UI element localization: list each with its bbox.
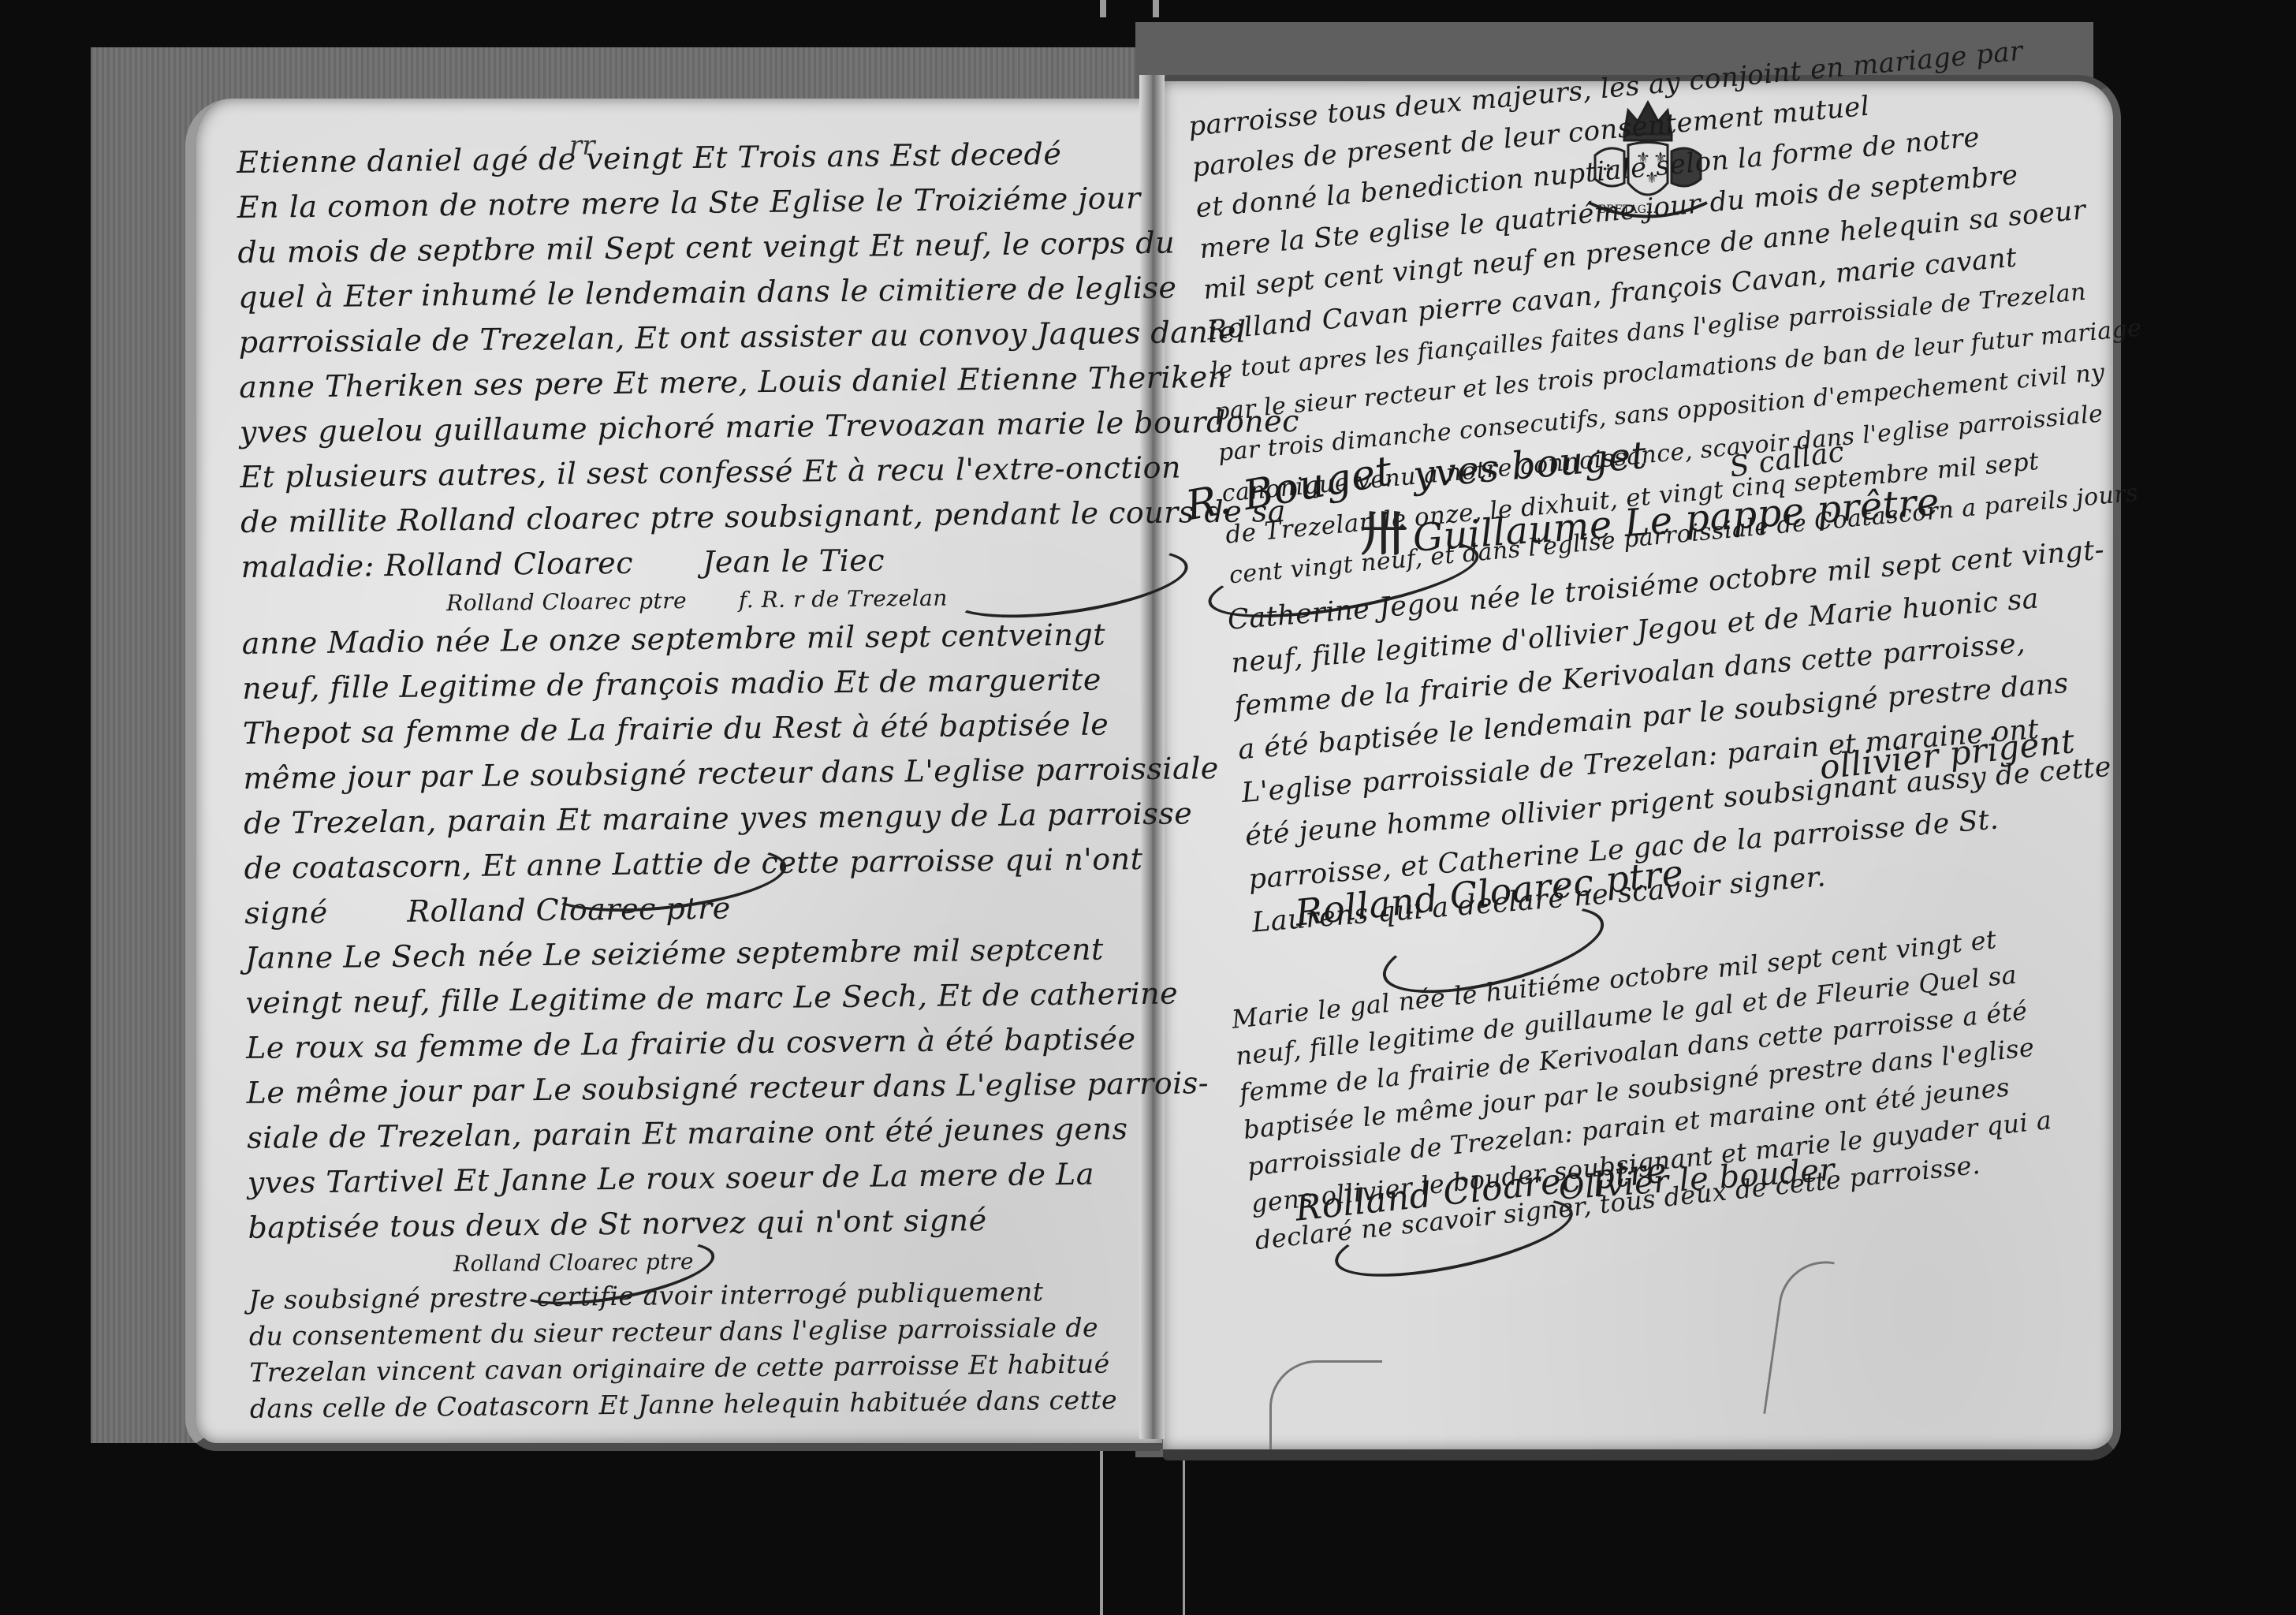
film-edge-mark xyxy=(1100,0,1106,17)
signature-text: Rolland Cloarec ptre xyxy=(446,587,687,616)
baptism-line-text: signé xyxy=(244,895,328,931)
film-edge-mark xyxy=(1183,1451,1185,1615)
film-edge-mark xyxy=(1153,0,1159,17)
signature: Jean le Tiec xyxy=(703,543,885,579)
film-edge-mark xyxy=(1100,1451,1103,1615)
left-page-text: Etienne daniel agé de veingt Et Trois an… xyxy=(237,129,1310,1427)
pencil-mark xyxy=(1269,1360,1382,1449)
burial-line-text: maladie: Rolland Cloarec xyxy=(240,546,633,584)
signature-text: f. R. r de Trezelan xyxy=(739,585,948,614)
